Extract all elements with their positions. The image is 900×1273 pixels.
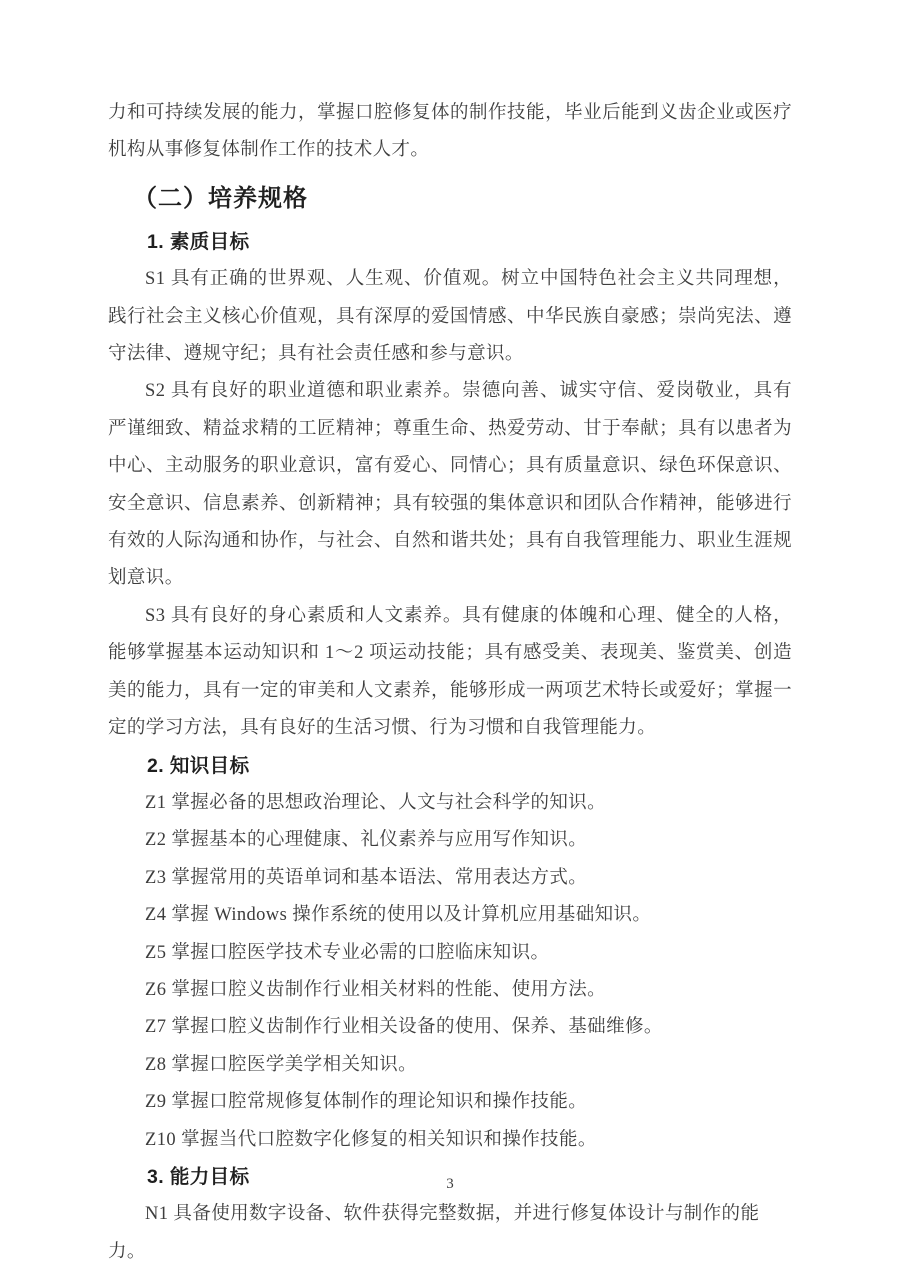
paragraph-intro-continuation: 力和可持续发展的能力，掌握口腔修复体的制作技能，毕业后能到义齿企业或医疗机构从事… xyxy=(108,95,792,170)
paragraph-s1: S1 具有正确的世界观、人生观、价值观。树立中国特色社会主义共同理想，践行社会主… xyxy=(108,261,792,373)
paragraph-z10: Z10 掌握当代口腔数字化修复的相关知识和操作技能。 xyxy=(108,1122,792,1159)
paragraph-z7: Z7 掌握口腔义齿制作行业相关设备的使用、保养、基础维修。 xyxy=(108,1009,792,1046)
paragraph-z8: Z8 掌握口腔医学美学相关知识。 xyxy=(108,1047,792,1084)
paragraph-z3: Z3 掌握常用的英语单词和基本语法、常用表达方式。 xyxy=(108,860,792,897)
paragraph-z1: Z1 掌握必备的思想政治理论、人文与社会科学的知识。 xyxy=(108,785,792,822)
section-heading-training-specs: （二）培养规格 xyxy=(108,179,792,219)
paragraph-s3: S3 具有良好的身心素质和人文素养。具有健康的体魄和心理、健全的人格，能够掌握基… xyxy=(108,598,792,748)
page-number: 3 xyxy=(0,1174,900,1194)
document-page: 力和可持续发展的能力，掌握口腔修复体的制作技能，毕业后能到义齿企业或医疗机构从事… xyxy=(0,0,900,1273)
subheading-knowledge-objectives: 2. 知识目标 xyxy=(108,748,792,785)
subheading-quality-objectives: 1. 素质目标 xyxy=(108,224,792,261)
paragraph-n1: N1 具备使用数字设备、软件获得完整数据，并进行修复体设计与制作的能力。 xyxy=(108,1196,792,1271)
paragraph-z6: Z6 掌握口腔义齿制作行业相关材料的性能、使用方法。 xyxy=(108,972,792,1009)
paragraph-z5: Z5 掌握口腔医学技术专业必需的口腔临床知识。 xyxy=(108,935,792,972)
paragraph-s2: S2 具有良好的职业道德和职业素养。崇德向善、诚实守信、爱岗敬业，具有严谨细致、… xyxy=(108,373,792,597)
paragraph-z2: Z2 掌握基本的心理健康、礼仪素养与应用写作知识。 xyxy=(108,822,792,859)
paragraph-z4: Z4 掌握 Windows 操作系统的使用以及计算机应用基础知识。 xyxy=(108,897,792,934)
paragraph-z9: Z9 掌握口腔常规修复体制作的理论知识和操作技能。 xyxy=(108,1084,792,1121)
